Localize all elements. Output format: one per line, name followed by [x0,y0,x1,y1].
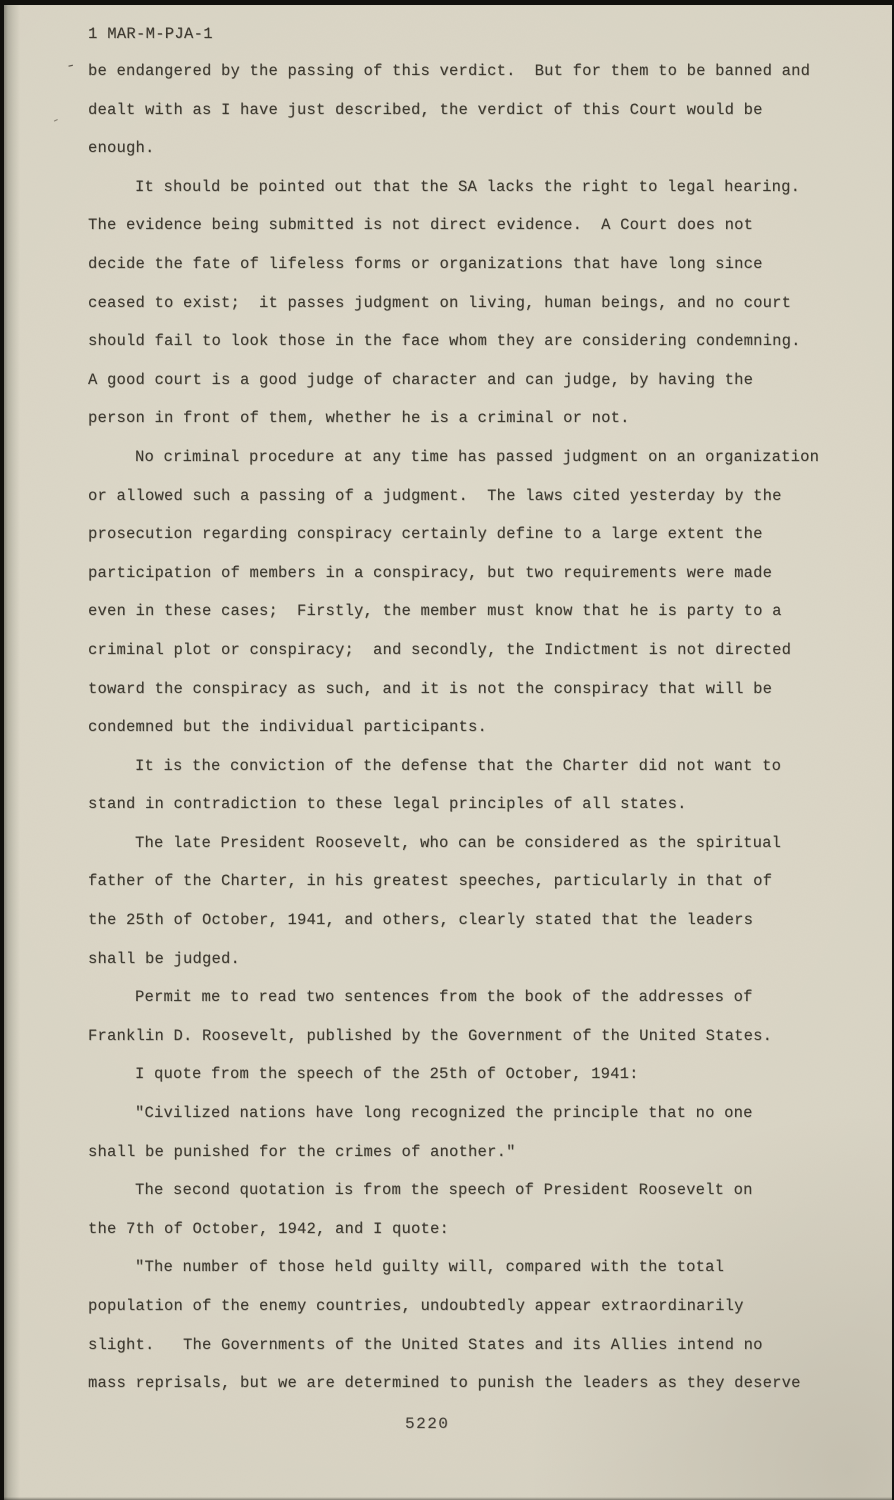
text-line: the 7th of October, 1942, and I quote: [88,1210,878,1249]
text-line: be endangered by the passing of this ver… [88,52,878,91]
text-line: Permit me to read two sentences from the… [88,978,878,1017]
text-line: ceased to exist; it passes judgment on l… [88,284,878,323]
text-line: prosecution regarding conspiracy certain… [88,515,878,554]
margin-dash-mark: - [64,56,77,76]
text-line: The evidence being submitted is not dire… [88,206,878,245]
text-line: It is the conviction of the defense that… [88,747,878,786]
text-line: criminal plot or conspiracy; and secondl… [88,631,878,670]
text-line: father of the Charter, in his greatest s… [88,862,878,901]
text-line: should fail to look those in the face wh… [88,322,878,361]
scan-edge-left [4,5,20,1500]
text-line: participation of members in a conspiracy… [88,554,878,593]
text-line: the 25th of October, 1941, and others, c… [88,901,878,940]
text-line: The late President Roosevelt, who can be… [88,824,878,863]
text-line: dealt with as I have just described, the… [88,91,878,130]
scanned-page: 1 MAR-M-PJA-1 - - be endangered by the p… [0,0,894,1500]
text-line: "The number of those held guilty will, c… [88,1248,878,1287]
paper-sheet: 1 MAR-M-PJA-1 - - be endangered by the p… [4,5,892,1500]
text-line: enough. [88,129,878,168]
text-line: toward the conspiracy as such, and it is… [88,670,878,709]
page-number: 5220 [405,1415,449,1433]
text-line: No criminal procedure at any time has pa… [88,438,878,477]
text-line: Franklin D. Roosevelt, published by the … [88,1017,878,1056]
text-line: population of the enemy countries, undou… [88,1287,878,1326]
text-line: condemned but the individual participant… [88,708,878,747]
text-line: mass reprisals, but we are determined to… [88,1364,878,1403]
document-body: be endangered by the passing of this ver… [88,52,878,1403]
text-line: decide the fate of lifeless forms or org… [88,245,878,284]
text-line: shall be punished for the crimes of anot… [88,1133,878,1172]
text-line: slight. The Governments of the United St… [88,1326,878,1365]
text-line: person in front of them, whether he is a… [88,399,878,438]
text-line: It should be pointed out that the SA lac… [88,168,878,207]
text-line: The second quotation is from the speech … [88,1171,878,1210]
text-line: stand in contradiction to these legal pr… [88,785,878,824]
margin-tick-mark: - [49,112,63,130]
text-line: I quote from the speech of the 25th of O… [88,1055,878,1094]
text-line: shall be judged. [88,940,878,979]
text-line: "Civilized nations have long recognized … [88,1094,878,1133]
text-line: or allowed such a passing of a judgment.… [88,477,878,516]
text-line: even in these cases; Firstly, the member… [88,592,878,631]
document-id: 1 MAR-M-PJA-1 [88,25,213,43]
text-line: A good court is a good judge of characte… [88,361,878,400]
